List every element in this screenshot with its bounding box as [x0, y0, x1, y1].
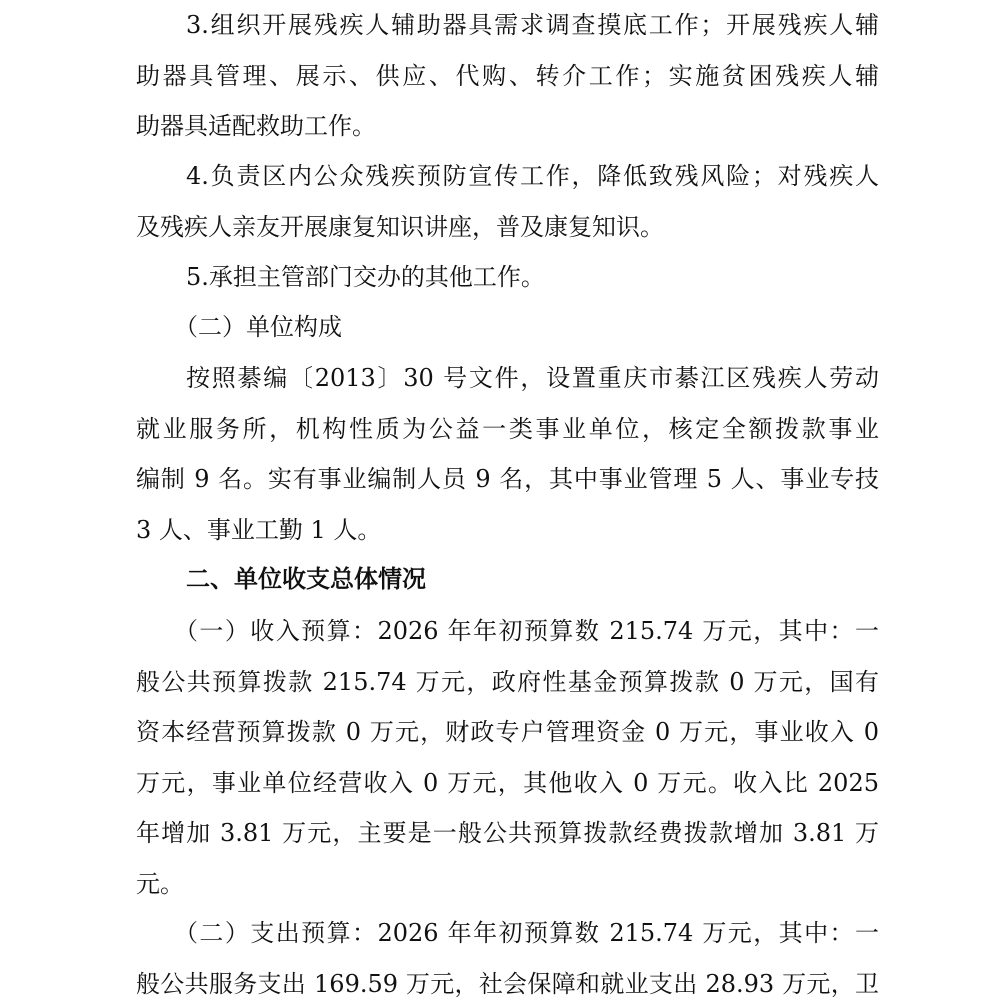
heading-text: 二、单位收支总体情况 [136, 554, 879, 605]
text-line: 按照綦编〔2013〕30 号文件，设置重庆市綦江区残疾人劳动 [136, 353, 879, 404]
text-line: 元。 [136, 859, 879, 910]
paragraph-expenditure-budget: （二）支出预算：2026 年年初预算数 215.74 万元，其中：一 般公共服务… [136, 908, 879, 1003]
text-line: 资本经营预算拨款 0 万元，财政专户管理资金 0 万元，事业收入 0 [136, 707, 879, 758]
paragraph-duty-5: 5.承担主管部门交办的其他工作。 [136, 252, 879, 303]
text-line: 万元，事业单位经营收入 0 万元，其他收入 0 万元。收入比 2025 [136, 758, 879, 809]
heading-text: （二）单位构成 [136, 302, 879, 353]
text-line: 般公共服务支出 169.59 万元，社会保障和就业支出 28.93 万元，卫 [136, 959, 879, 1003]
text-line: 编制 9 名。实有事业编制人员 9 名，其中事业管理 5 人、事业专技 [136, 454, 879, 505]
paragraph-duty-3: 3.组织开展残疾人辅助器具需求调查摸底工作；开展残疾人辅 助器具管理、展示、供应… [136, 0, 879, 152]
text-line: 3.组织开展残疾人辅助器具需求调查摸底工作；开展残疾人辅 [136, 0, 879, 51]
paragraph-unit-composition: 按照綦编〔2013〕30 号文件，设置重庆市綦江区残疾人劳动 就业服务所，机构性… [136, 353, 879, 555]
paragraph-duty-4: 4.负责区内公众残疾预防宣传工作，降低致残风险；对残疾人 及残疾人亲友开展康复知… [136, 151, 879, 252]
section-heading-income-expenditure: 二、单位收支总体情况 [136, 554, 879, 605]
text-line: （二）支出预算：2026 年年初预算数 215.74 万元，其中：一 [136, 908, 879, 959]
text-line: 5.承担主管部门交办的其他工作。 [136, 252, 879, 303]
text-line: 3 人、事业工勤 1 人。 [136, 505, 879, 556]
paragraph-income-budget: （一）收入预算：2026 年年初预算数 215.74 万元，其中：一 般公共预算… [136, 606, 879, 910]
text-line: 及残疾人亲友开展康复知识讲座，普及康复知识。 [136, 202, 879, 253]
text-line: （一）收入预算：2026 年年初预算数 215.74 万元，其中：一 [136, 606, 879, 657]
section-heading-unit-composition: （二）单位构成 [136, 302, 879, 353]
text-line: 年增加 3.81 万元，主要是一般公共预算拨款经费拨款增加 3.81 万 [136, 808, 879, 859]
text-line: 助器具管理、展示、供应、代购、转介工作；实施贫困残疾人辅 [136, 51, 879, 102]
text-line: 助器具适配救助工作。 [136, 101, 879, 152]
text-line: 4.负责区内公众残疾预防宣传工作，降低致残风险；对残疾人 [136, 151, 879, 202]
text-line: 就业服务所，机构性质为公益一类事业单位，核定全额拨款事业 [136, 404, 879, 455]
text-line: 般公共预算拨款 215.74 万元，政府性基金预算拨款 0 万元，国有 [136, 657, 879, 708]
